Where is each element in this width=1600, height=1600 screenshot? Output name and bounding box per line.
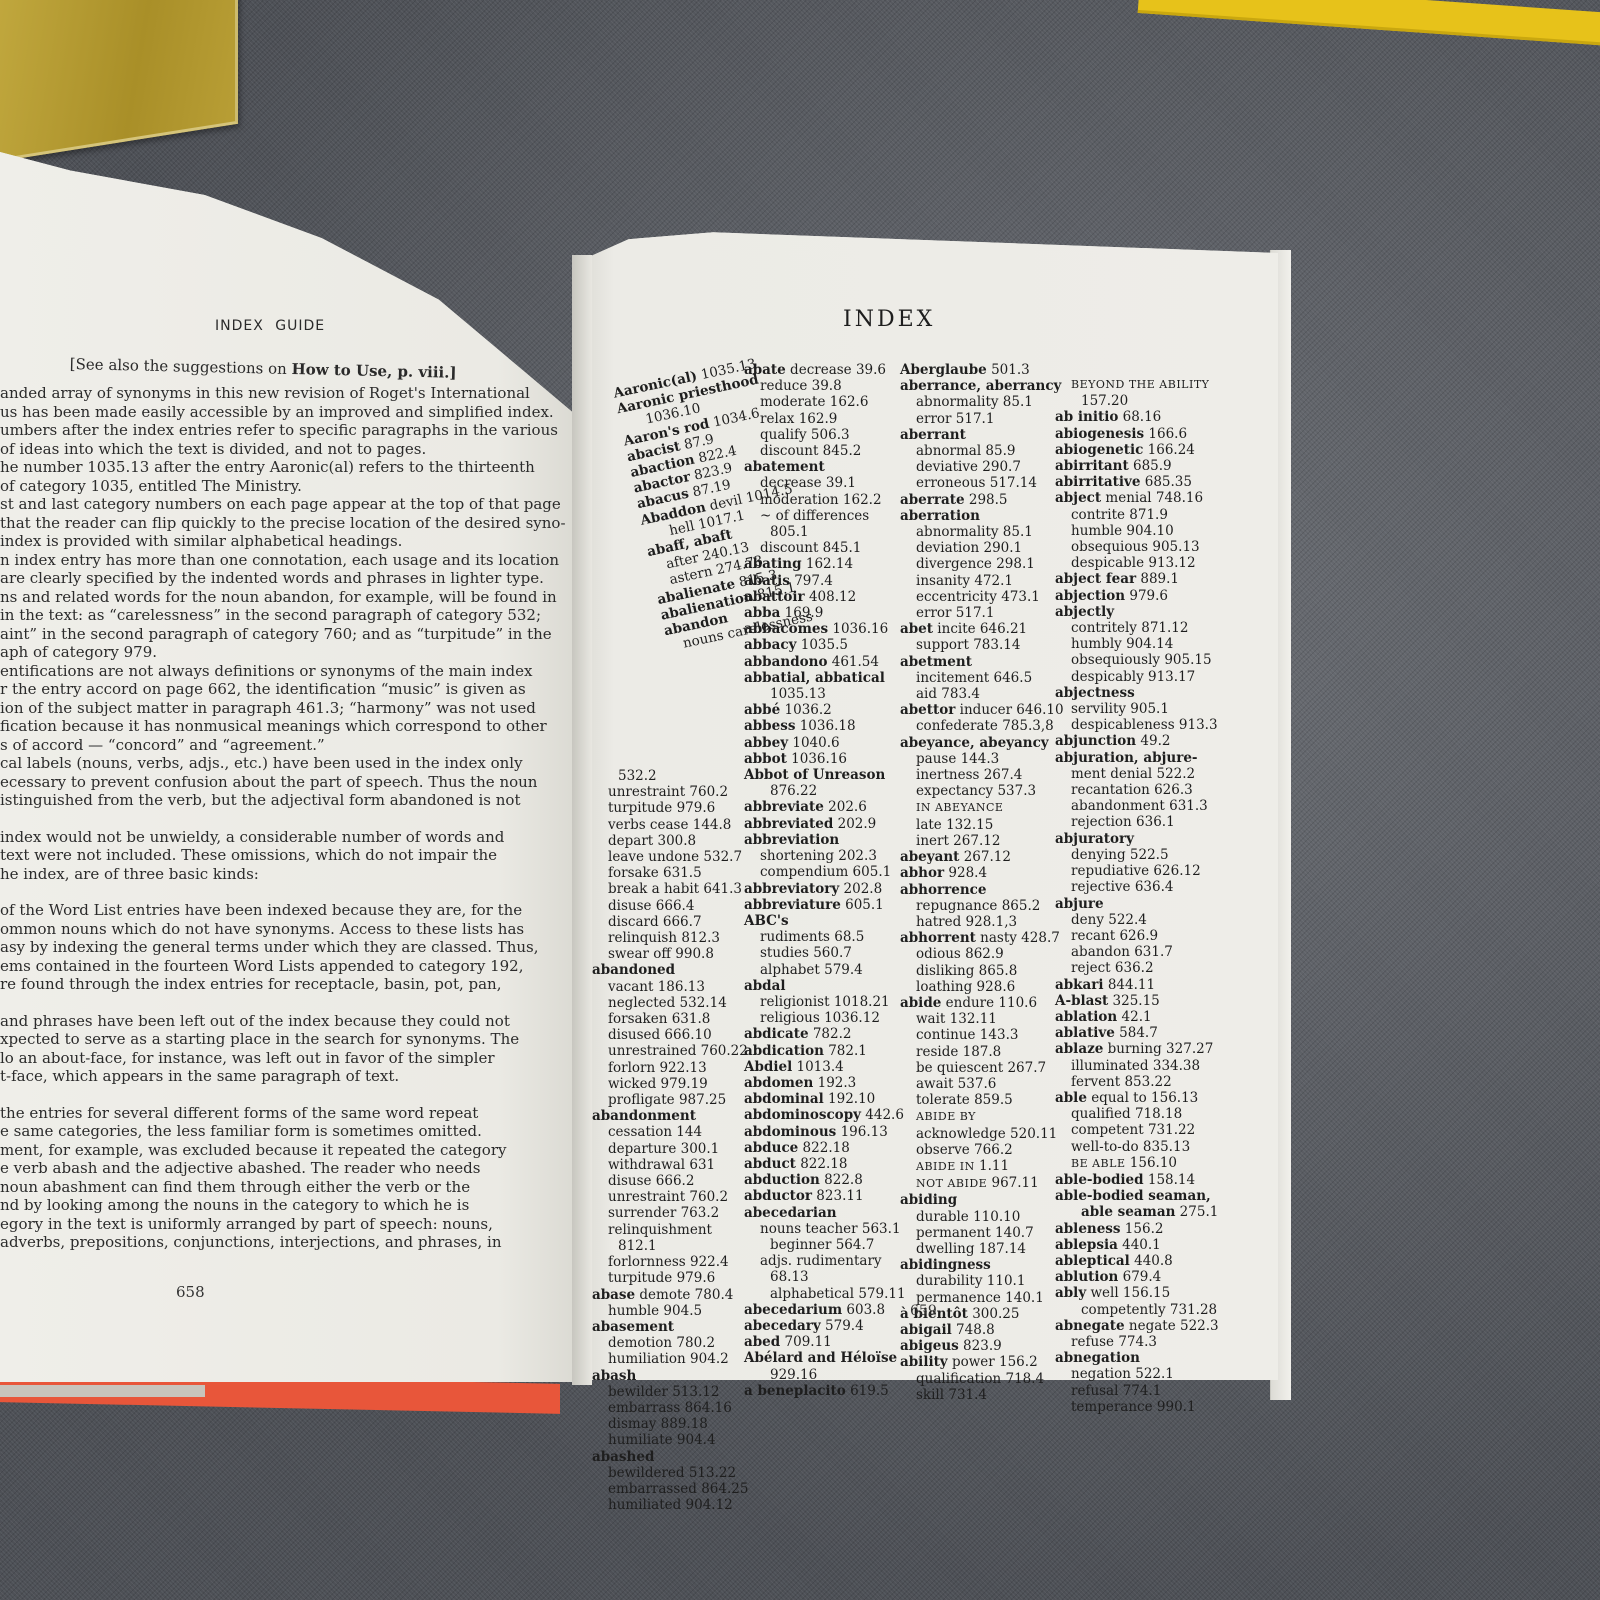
index-reference: demotion 780.2 [608, 1335, 715, 1351]
index-headword: abjectly [1055, 604, 1114, 620]
index-entry: recant 626.9 [1055, 928, 1219, 944]
index-reference: nasty 428.7 [976, 930, 1060, 946]
index-entry: beginner 564.7 [744, 1237, 906, 1253]
index-entry: abigeus 823.9 [900, 1338, 1064, 1354]
index-reference: embarrassed 864.25 [608, 1481, 748, 1497]
index-reference: alphabetical 579.11 [770, 1286, 906, 1302]
index-entry: able-bodied seaman, [1055, 1188, 1219, 1204]
index-headword: abject fear [1055, 571, 1136, 587]
left-cover-edge [0, 1385, 205, 1397]
index-reference: profligate 987.25 [608, 1092, 726, 1108]
text-line: he index, are of three basic kinds: [0, 865, 580, 884]
index-entry: embarrass 864.16 [592, 1400, 748, 1416]
text-line: he number 1035.13 after the entry Aaroni… [0, 458, 580, 477]
index-entry: abbreviate 202.6 [744, 799, 906, 815]
index-headword: able-bodied [1055, 1172, 1144, 1188]
index-entry: abduction 822.8 [744, 1172, 906, 1188]
index-reference: 202.9 [833, 816, 876, 832]
index-reference: servility 905.1 [1071, 701, 1169, 717]
index-headword: abjunction [1055, 733, 1136, 749]
index-reference: 1036.16 [828, 621, 888, 637]
index-phrase: BEYOND THE ABILITY [1071, 378, 1209, 391]
text-line: us has been made easily accessible by an… [0, 403, 580, 422]
index-entry: abdal [744, 978, 906, 994]
index-entry: abnormality 85.1 [900, 394, 1064, 410]
index-headword: abnegate [1055, 1318, 1125, 1334]
index-reference: 298.5 [965, 492, 1008, 508]
index-reference: 1013.4 [792, 1059, 844, 1075]
index-headword: abdal [744, 978, 786, 994]
index-headword: abasement [592, 1319, 674, 1335]
index-entry: abjunction 49.2 [1055, 733, 1219, 749]
index-headword: abate [744, 362, 786, 378]
index-reference: swear off 990.8 [608, 946, 714, 962]
index-reference: forsaken 631.8 [608, 1011, 710, 1027]
index-reference: 532.2 [618, 768, 657, 784]
index-reference: 42.1 [1117, 1009, 1151, 1025]
index-reference: error 517.1 [916, 411, 994, 427]
index-entry: observe 766.2 [900, 1142, 1064, 1158]
index-entry: abandonment 631.3 [1055, 798, 1219, 814]
text-line: aint” in the second paragraph of categor… [0, 625, 580, 644]
text-line [0, 994, 580, 1012]
index-headword: a beneplacito [744, 1383, 846, 1399]
index-headword: abed [744, 1334, 780, 1350]
index-reference: moderation 162.2 [760, 492, 882, 508]
index-reference: permanent 140.7 [916, 1225, 1034, 1241]
index-entry: religious 1036.12 [744, 1010, 906, 1026]
index-entry: reduce 39.8 [744, 378, 906, 394]
index-entry: permanent 140.7 [900, 1225, 1064, 1241]
index-entry: qualification 718.4 [900, 1371, 1064, 1387]
index-entry: relinquish 812.3 [592, 930, 748, 946]
index-entry: pause 144.3 [900, 751, 1064, 767]
index-reference: neglected 532.14 [608, 995, 727, 1011]
subheading-bold: How to Use, p. viii.] [291, 360, 456, 382]
text-line [0, 883, 580, 901]
index-reference: inducer 646.10 [955, 702, 1063, 718]
index-entry: 805.1 [744, 524, 906, 540]
text-line: of category 1035, entitled The Ministry. [0, 477, 580, 496]
index-reference: reduce 39.8 [760, 378, 842, 394]
index-reference: alphabet 579.4 [760, 962, 863, 978]
index-reference: pause 144.3 [916, 751, 999, 767]
index-reference: embarrass 864.16 [608, 1400, 732, 1416]
index-entry: departure 300.1 [592, 1141, 748, 1157]
index-entry: depart 300.8 [592, 833, 748, 849]
index-reference: 162.14 [802, 556, 854, 572]
index-entry: aberration [900, 508, 1064, 524]
index-headword: abigail [900, 1322, 952, 1338]
index-entry: humble 904.10 [1055, 523, 1219, 539]
index-headword: abirritative [1055, 474, 1140, 490]
index-reference: negate 522.3 [1125, 1318, 1219, 1334]
index-reference: abandon 631.7 [1071, 944, 1173, 960]
index-reference: aid 783.4 [916, 686, 980, 702]
text-line [0, 1086, 580, 1104]
index-reference: 876.22 [770, 783, 817, 799]
index-headword: abbreviatory [744, 881, 839, 897]
index-entry: abductor 823.11 [744, 1188, 906, 1204]
index-entry: humiliation 904.2 [592, 1351, 748, 1367]
index-headword: ability [900, 1354, 948, 1370]
index-entry: abide endure 110.6 [900, 995, 1064, 1011]
index-entry: bewilder 513.12 [592, 1384, 748, 1400]
index-reference: confederate 785.3,8 [916, 718, 1054, 734]
index-reference: 844.11 [1104, 977, 1156, 993]
index-entry: abdomen 192.3 [744, 1075, 906, 1091]
index-entry: incitement 646.5 [900, 670, 1064, 686]
index-entry: abet incite 646.21 [900, 621, 1064, 637]
index-reference: 196.13 [836, 1124, 888, 1140]
index-reference: qualification 718.4 [916, 1371, 1044, 1387]
index-entry: leave undone 532.7 [592, 849, 748, 865]
index-entry: humbly 904.14 [1055, 636, 1219, 652]
index-entry: abirritant 685.9 [1055, 458, 1219, 474]
index-entry: abbatial, abbatical [744, 670, 906, 686]
olive-box [0, 0, 238, 163]
index-entry: disuse 666.4 [592, 898, 748, 914]
index-headword: abiogenesis [1055, 426, 1144, 442]
index-reference: acknowledge 520.11 [916, 1126, 1057, 1142]
index-reference: 156.10 [1125, 1155, 1177, 1171]
index-entry: turpitude 979.6 [592, 1270, 748, 1286]
index-entry: ~ of differences [744, 508, 906, 524]
index-phrase: ABIDE IN [916, 1160, 975, 1173]
index-headword: able [1055, 1090, 1087, 1106]
index-headword: abductor [744, 1188, 812, 1204]
index-entry: surrender 763.2 [592, 1205, 748, 1221]
index-entry: abiogenesis 166.6 [1055, 426, 1219, 442]
index-entry: abbot 1036.16 [744, 751, 906, 767]
index-headword: abbacomes [744, 621, 828, 637]
index-reference: humiliation 904.2 [608, 1351, 729, 1367]
index-entry: abjuration, abjure- [1055, 750, 1219, 766]
index-reference: deviation 290.1 [916, 540, 1022, 556]
index-entry: fervent 853.22 [1055, 1074, 1219, 1090]
index-reference: 823.11 [812, 1188, 864, 1204]
index-entry: expectancy 537.3 [900, 783, 1064, 799]
index-entry: abating 162.14 [744, 556, 906, 572]
index-entry: alphabetical 579.11 [744, 1286, 906, 1302]
index-reference: 192.3 [813, 1075, 856, 1091]
index-reference: compendium 605.1 [760, 864, 891, 880]
index-reference: divergence 298.1 [916, 556, 1035, 572]
index-entry: tolerate 859.5 [900, 1092, 1064, 1108]
index-headword: ablation [1055, 1009, 1117, 1025]
text-line: adverbs, prepositions, conjunctions, int… [0, 1233, 580, 1252]
index-entry: aid 783.4 [900, 686, 1064, 702]
index-reference: 461.54 [827, 654, 879, 670]
text-line: fication because it has nonmusical meani… [0, 717, 580, 736]
index-entry: abirritative 685.35 [1055, 474, 1219, 490]
index-entry: error 517.1 [900, 605, 1064, 621]
index-reference: 68.13 [770, 1269, 809, 1285]
index-entry: odious 862.9 [900, 946, 1064, 962]
index-headword: abdication [744, 1043, 824, 1059]
index-entry: obsequious 905.13 [1055, 539, 1219, 555]
index-reference: dwelling 187.14 [916, 1241, 1026, 1257]
index-entry: abiding [900, 1192, 1064, 1208]
index-headword: abnegation [1055, 1350, 1140, 1366]
index-entry: deviation 290.1 [900, 540, 1064, 556]
text-line: ommon nouns which do not have synonyms. … [0, 920, 580, 939]
index-reference: support 783.14 [916, 637, 1020, 653]
index-headword: ABC's [744, 913, 789, 929]
index-entry: abasement [592, 1319, 748, 1335]
index-entry: able-bodied 158.14 [1055, 1172, 1219, 1188]
index-entry: abbreviatory 202.8 [744, 881, 906, 897]
index-reference: 822.8 [820, 1172, 863, 1188]
index-entry: aberrance, aberrancy [900, 378, 1064, 394]
index-entry: rejection 636.1 [1055, 814, 1219, 830]
index-headword: abbatial, abbatical [744, 670, 885, 686]
index-reference: bewilder 513.12 [608, 1384, 719, 1400]
text-line: e verb abash and the adjective abashed. … [0, 1159, 580, 1178]
index-entry: wait 132.11 [900, 1011, 1064, 1027]
index-headword: abdicate [744, 1026, 809, 1042]
index-entry: dismay 889.18 [592, 1416, 748, 1432]
index-entry: durability 110.1 [900, 1273, 1064, 1289]
index-headword: abhorrence [900, 882, 986, 898]
index-reference: erroneous 517.14 [916, 475, 1037, 491]
index-entry: ablative 584.7 [1055, 1025, 1219, 1041]
index-reference: shortening 202.3 [760, 848, 877, 864]
text-line: e same categories, the less familiar for… [0, 1122, 580, 1141]
index-entry: abba 169.9 [744, 605, 906, 621]
index-headword: abandoned [592, 962, 675, 978]
index-entry: abbacomes 1036.16 [744, 621, 906, 637]
index-reference: 812.1 [618, 1238, 657, 1254]
index-entry: servility 905.1 [1055, 701, 1219, 717]
index-reference: equal to 156.13 [1087, 1090, 1198, 1106]
index-entry: ABIDE IN 1.11 [900, 1158, 1064, 1175]
text-line: cal labels (nouns, verbs, adjs., etc.) h… [0, 754, 580, 773]
index-entry: reject 636.2 [1055, 960, 1219, 976]
index-entry: discount 845.2 [744, 443, 906, 459]
index-entry: abandonment [592, 1108, 748, 1124]
index-entry: ab initio 68.16 [1055, 409, 1219, 425]
index-entry: competently 731.28 [1055, 1302, 1219, 1318]
index-reference: departure 300.1 [608, 1141, 719, 1157]
index-headword: abecedarian [744, 1205, 837, 1221]
index-reference: await 537.6 [916, 1076, 996, 1092]
index-headword: aberrate [900, 492, 965, 508]
index-reference: 267.12 [959, 849, 1011, 865]
yellow-book [1138, 0, 1600, 46]
index-entry: wicked 979.19 [592, 1076, 748, 1092]
index-reference: deny 522.4 [1071, 912, 1147, 928]
index-reference: 192.10 [824, 1091, 876, 1107]
index-reference: discard 666.7 [608, 914, 702, 930]
index-reference: 68.16 [1118, 409, 1161, 425]
index-reference: recantation 626.3 [1071, 782, 1193, 798]
index-entry: unrestrained 760.22 [592, 1043, 748, 1059]
index-reference: 889.1 [1136, 571, 1179, 587]
text-line: istinguished from the verb, but the adje… [0, 791, 580, 810]
index-reference: menial 748.16 [1101, 490, 1203, 506]
index-entry: abetment [900, 654, 1064, 670]
index-entry: relax 162.9 [744, 411, 906, 427]
index-reference: inertness 267.4 [916, 767, 1022, 783]
index-reference: discount 845.1 [760, 540, 861, 556]
index-entry: confederate 785.3,8 [900, 718, 1064, 734]
index-headword: aberrant [900, 427, 966, 443]
index-reference: break a habit 641.3 [608, 881, 742, 897]
index-entry: abattoir 408.12 [744, 589, 906, 605]
index-entry: Abélard and Héloïse [744, 1350, 906, 1366]
index-headword: abide [900, 995, 941, 1011]
index-entry: abkari 844.11 [1055, 977, 1219, 993]
index-entry: abbey 1040.6 [744, 735, 906, 751]
index-entry: withdrawal 631 [592, 1157, 748, 1173]
index-reference: skill 731.4 [916, 1387, 987, 1403]
text-line: s of accord — “concord” and “agreement.” [0, 736, 580, 755]
index-reference: beginner 564.7 [770, 1237, 874, 1253]
index-entry: unrestraint 760.2 [592, 1189, 748, 1205]
index-headword: ablution [1055, 1269, 1118, 1285]
index-headword: abjuratory [1055, 831, 1134, 847]
index-entry: skill 731.4 [900, 1387, 1064, 1403]
index-entry: disused 666.10 [592, 1027, 748, 1043]
index-headword: abbacy [744, 637, 796, 653]
index-entry: abhor 928.4 [900, 865, 1064, 881]
index-reference: humble 904.10 [1071, 523, 1174, 539]
index-reference: 1.11 [975, 1158, 1009, 1174]
index-entry: qualify 506.3 [744, 427, 906, 443]
index-reference: forlorn 922.13 [608, 1060, 707, 1076]
index-reference: moderate 162.6 [760, 394, 868, 410]
index-entry: forsake 631.5 [592, 865, 748, 881]
index-entry: abed 709.11 [744, 1334, 906, 1350]
index-reference: rejective 636.4 [1071, 879, 1173, 895]
index-entry: abbandono 461.54 [744, 654, 906, 670]
index-reference: repugnance 865.2 [916, 898, 1040, 914]
index-headword: abdominoscopy [744, 1107, 861, 1123]
index-entry: aberrate 298.5 [900, 492, 1064, 508]
index-headword: abettor [900, 702, 955, 718]
index-entry: abjectly [1055, 604, 1219, 620]
index-reference: 797.4 [790, 573, 833, 589]
index-reference: qualified 718.18 [1071, 1106, 1182, 1122]
index-reference: qualify 506.3 [760, 427, 850, 443]
index-reference: denying 522.5 [1071, 847, 1169, 863]
text-line: aph of category 979. [0, 643, 580, 662]
index-entry: ablation 42.1 [1055, 1009, 1219, 1025]
index-headword: aberrance, aberrancy [900, 378, 1061, 394]
index-reference: dismay 889.18 [608, 1416, 708, 1432]
index-reference: 823.9 [959, 1338, 1002, 1354]
index-reference: obsequiously 905.15 [1071, 652, 1212, 668]
index-headword: abjection [1055, 588, 1125, 604]
index-entry: compendium 605.1 [744, 864, 906, 880]
index-headword: aberration [900, 508, 980, 524]
index-reference: 166.6 [1144, 426, 1187, 442]
index-entry: abash [592, 1368, 748, 1384]
text-line: of the Word List entries have been index… [0, 901, 580, 920]
index-entry: abbreviated 202.9 [744, 816, 906, 832]
index-headword: abduct [744, 1156, 796, 1172]
text-line: asy by indexing the general terms under … [0, 938, 580, 957]
index-reference: repudiative 626.12 [1071, 863, 1201, 879]
index-entry: abdicate 782.2 [744, 1026, 906, 1042]
index-entry: contritely 871.12 [1055, 620, 1219, 636]
index-headword: abatis [744, 573, 790, 589]
index-entry: abbacy 1035.5 [744, 637, 906, 653]
index-reference: tolerate 859.5 [916, 1092, 1013, 1108]
index-headword: abating [744, 556, 802, 572]
index-reference: decrease 39.1 [760, 475, 856, 491]
index-entry: erroneous 517.14 [900, 475, 1064, 491]
index-headword: abandonment [592, 1108, 696, 1124]
index-entry: Aberglaube 501.3 [900, 362, 1064, 378]
index-entry: abjectness [1055, 685, 1219, 701]
index-entry: bewildered 513.22 [592, 1465, 748, 1481]
index-reference: adjs. rudimentary [760, 1253, 882, 1269]
index-reference: 1040.6 [788, 735, 840, 751]
index-entry: abnormality 85.1 [900, 524, 1064, 540]
index-entry: disliking 865.8 [900, 963, 1064, 979]
index-reference: loathing 928.6 [916, 979, 1015, 995]
index-reference: competently 731.28 [1081, 1302, 1217, 1318]
index-headword: abeyant [900, 849, 959, 865]
index-column-2: abate decrease 39.6reduce 39.8moderate 1… [744, 362, 906, 1399]
index-headword: abdominal [744, 1091, 824, 1107]
index-entry: disuse 666.2 [592, 1173, 748, 1189]
index-reference: forlornness 922.4 [608, 1254, 729, 1270]
index-entry: BEYOND THE ABILITY [1055, 376, 1219, 393]
index-headword: abatement [744, 459, 825, 475]
index-reference: despicableness 913.3 [1071, 717, 1218, 733]
index-entry: abatis 797.4 [744, 573, 906, 589]
index-entry: abiogenetic 166.24 [1055, 442, 1219, 458]
index-entry: a beneplacito 619.5 [744, 1383, 906, 1399]
index-entry: abbé 1036.2 [744, 702, 906, 718]
index-headword: abdominous [744, 1124, 836, 1140]
index-entry: despicable 913.12 [1055, 555, 1219, 571]
index-entry: despicably 913.17 [1055, 669, 1219, 685]
index-entry: abandoned [592, 962, 748, 978]
index-reference: verbs cease 144.8 [608, 817, 731, 833]
text-line: xpected to serve as a starting place in … [0, 1030, 580, 1049]
index-headword: Abdiel [744, 1059, 792, 1075]
index-entry: support 783.14 [900, 637, 1064, 653]
index-headword: abba [744, 605, 780, 621]
index-reference: 1036.18 [795, 718, 855, 734]
text-line: the entries for several different forms … [0, 1104, 580, 1123]
index-entry: refuse 774.3 [1055, 1334, 1219, 1350]
index-entry: abdominous 196.13 [744, 1124, 906, 1140]
index-entry: abigail 748.8 [900, 1322, 1064, 1338]
index-entry: abbreviature 605.1 [744, 897, 906, 913]
index-reference: 579.4 [821, 1318, 864, 1334]
index-entry: discard 666.7 [592, 914, 748, 930]
text-line: ment, for example, was excluded because … [0, 1141, 580, 1160]
text-line: ns and related words for the noun abando… [0, 588, 580, 607]
index-entry: abject menial 748.16 [1055, 490, 1219, 506]
index-entry: ment denial 522.2 [1055, 766, 1219, 782]
index-headword: abhorrent [900, 930, 976, 946]
text-line: text were not included. These omissions,… [0, 846, 580, 865]
index-reference: disuse 666.2 [608, 1173, 694, 1189]
index-entry: ABIDE BY [900, 1108, 1064, 1125]
index-reference: 967.11 [987, 1175, 1039, 1191]
index-entry: ablaze burning 327.27 [1055, 1041, 1219, 1057]
index-entry: negation 522.1 [1055, 1366, 1219, 1382]
index-reference: 782.1 [824, 1043, 867, 1059]
index-entry: ableptical 440.8 [1055, 1253, 1219, 1269]
index-reference: discount 845.2 [760, 443, 861, 459]
